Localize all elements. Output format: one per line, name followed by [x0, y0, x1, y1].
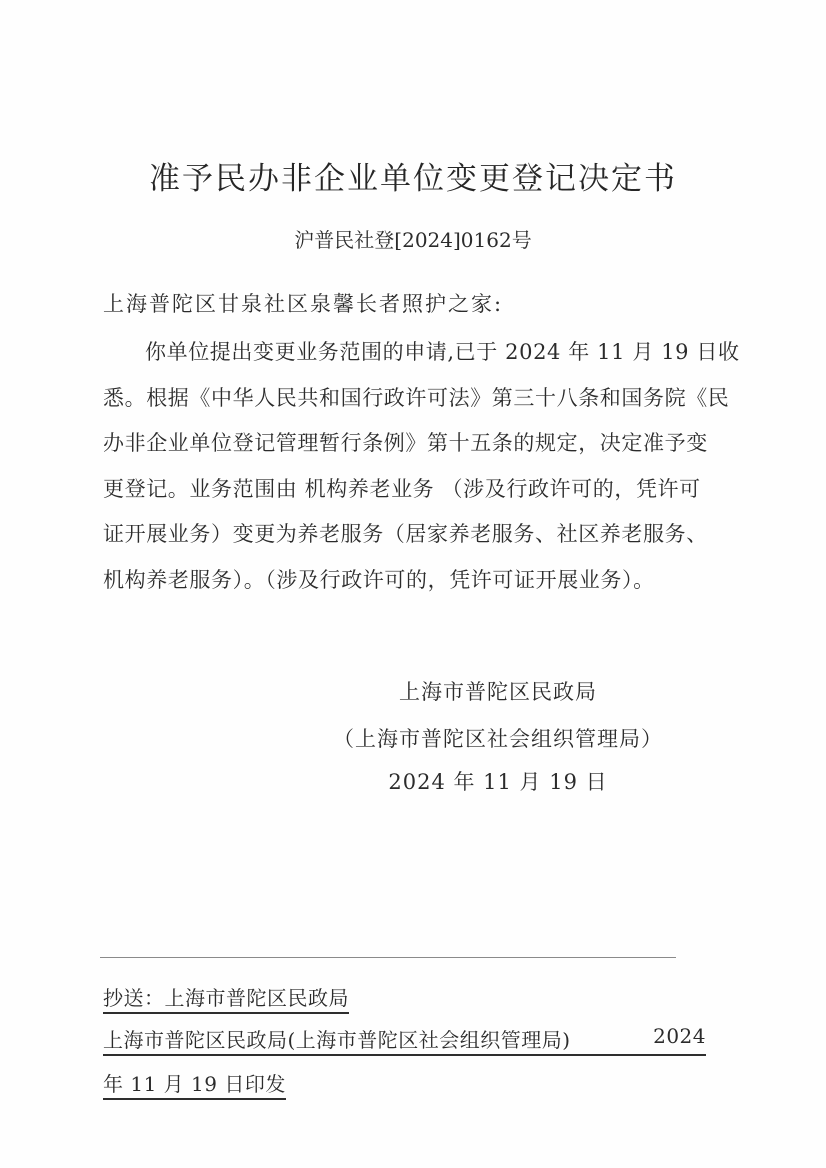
decision-body: 你单位提出变更业务范围的申请,已于 2024 年 11 月 19 日收 悉。根据… — [103, 330, 733, 603]
body-line: 你单位提出变更业务范围的申请,已于 2024 年 11 月 19 日收 — [103, 330, 733, 376]
signature-organization: 上海市普陀区民政局 — [85, 676, 826, 706]
issuer-line: 上海市普陀区民政局(上海市普陀区社会组织管理局) 2024 — [103, 1024, 706, 1056]
document-number: 沪普民社登[2024]0162号 — [0, 224, 826, 253]
document-page: 准予民办非企业单位变更登记决定书 沪普民社登[2024]0162号 上海普陀区甘… — [0, 0, 826, 1168]
body-line: 悉。根据《中华人民共和国行政许可法》第三十八条和国务院《民 — [103, 376, 733, 422]
body-line: 更登记。业务范围由 机构养老业务 （涉及行政许可的，凭许可 — [103, 467, 733, 513]
footer-divider — [100, 957, 676, 958]
issuer-name: 上海市普陀区民政局(上海市普陀区社会组织管理局) — [103, 1028, 571, 1052]
cc-line: 抄送：上海市普陀区民政局 — [103, 982, 349, 1014]
body-line: 证开展业务）变更为养老服务（居家养老服务、社区养老服务、 — [103, 512, 733, 558]
addressee: 上海普陀区甘泉社区泉馨长者照护之家: — [103, 288, 503, 318]
signature-date: 2024 年 11 月 19 日 — [85, 766, 826, 796]
body-line: 办非企业单位登记管理暂行条例》第十五条的规定，决定准予变 — [103, 421, 733, 467]
document-title: 准予民办非企业单位变更登记决定书 — [0, 153, 826, 198]
issue-year: 2024 — [653, 1024, 706, 1048]
body-line: 机构养老服务）。（涉及行政许可的，凭许可证开展业务）。 — [103, 558, 733, 604]
issue-date-line: 年 11 月 19 日印发 — [103, 1068, 286, 1100]
signature-organization-alt: （上海市普陀区社会组织管理局） — [85, 723, 826, 753]
